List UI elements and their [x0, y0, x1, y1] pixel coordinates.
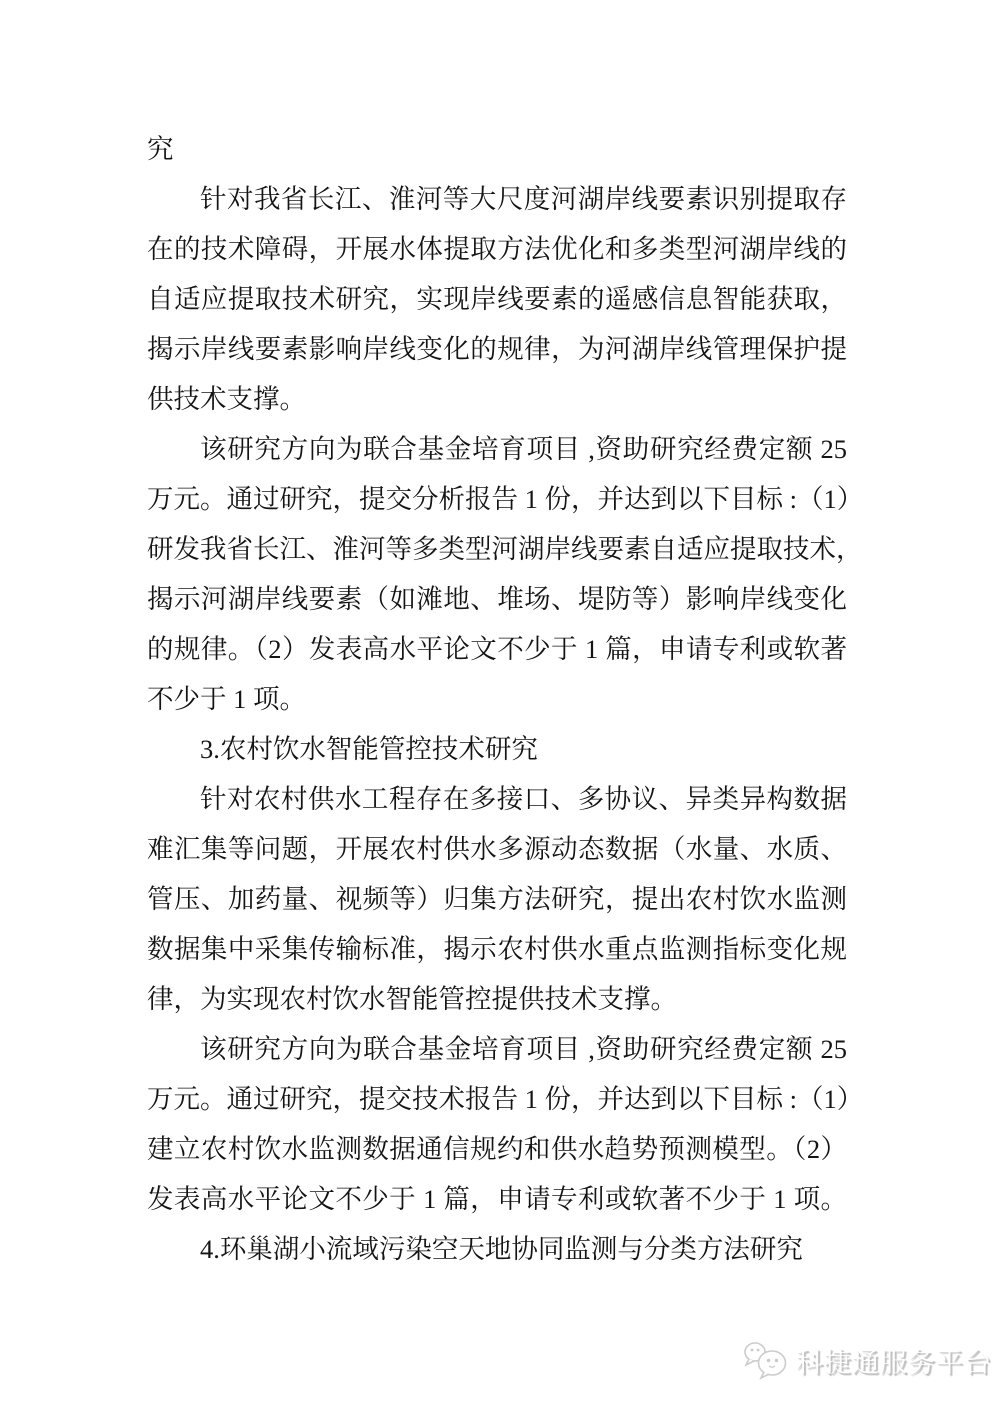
text-line: 的规律。（2）发表高水平论文不少于 1 篇，申请专利或软著: [147, 624, 847, 674]
text-line: 揭示岸线要素影响岸线变化的规律，为河湖岸线管理保护提: [147, 324, 847, 374]
text-line: 在的技术障碍，开展水体提取方法优化和多类型河湖岸线的: [147, 224, 847, 274]
text-line: 研发我省长江、淮河等多类型河湖岸线要素自适应提取技术，: [147, 524, 847, 574]
watermark-label: 科捷通服务平台: [796, 1341, 992, 1380]
text-line: 数据集中采集传输标准，揭示农村供水重点监测指标变化规: [147, 924, 847, 974]
text-line: 该研究方向为联合基金培育项目 ,资助研究经费定额 25: [147, 424, 847, 474]
section-heading-4: 4.环巢湖小流域污染空天地协同监测与分类方法研究: [147, 1224, 847, 1274]
text-line: 自适应提取技术研究，实现岸线要素的遥感信息智能获取，: [147, 274, 847, 324]
text-line: 该研究方向为联合基金培育项目 ,资助研究经费定额 25: [147, 1024, 847, 1074]
text-line: 针对农村供水工程存在多接口、多协议、异类异构数据: [147, 774, 847, 824]
chat-bubbles-icon: [742, 1339, 790, 1381]
text-line: 律，为实现农村饮水智能管控提供技术支撑。: [147, 974, 847, 1024]
text-line: 难汇集等问题，开展农村供水多源动态数据（水量、水质、: [147, 824, 847, 874]
text-line: 万元。通过研究，提交分析报告 1 份，并达到以下目标 :（1）: [147, 474, 847, 524]
text-line: 揭示河湖岸线要素（如滩地、堆场、堤防等）影响岸线变化: [147, 574, 847, 624]
text-line: 针对我省长江、淮河等大尺度河湖岸线要素识别提取存: [147, 174, 847, 224]
heading-continuation-line: 究: [147, 124, 847, 174]
text-line: 供技术支撑。: [147, 374, 847, 424]
text-line: 管压、加药量、视频等）归集方法研究，提出农村饮水监测: [147, 874, 847, 924]
text-line: 万元。通过研究，提交技术报告 1 份，并达到以下目标 :（1）: [147, 1074, 847, 1124]
section-heading-3: 3.农村饮水智能管控技术研究: [147, 724, 847, 774]
text-line: 建立农村饮水监测数据通信规约和供水趋势预测模型。（2）: [147, 1124, 847, 1174]
watermark-kejietong: 科捷通服务平台: [742, 1334, 992, 1386]
text-line: 不少于 1 项。: [147, 674, 847, 724]
text-line: 发表高水平论文不少于 1 篇，申请专利或软著不少于 1 项。: [147, 1174, 847, 1224]
document-body: 究 针对我省长江、淮河等大尺度河湖岸线要素识别提取存 在的技术障碍，开展水体提取…: [147, 124, 847, 1274]
